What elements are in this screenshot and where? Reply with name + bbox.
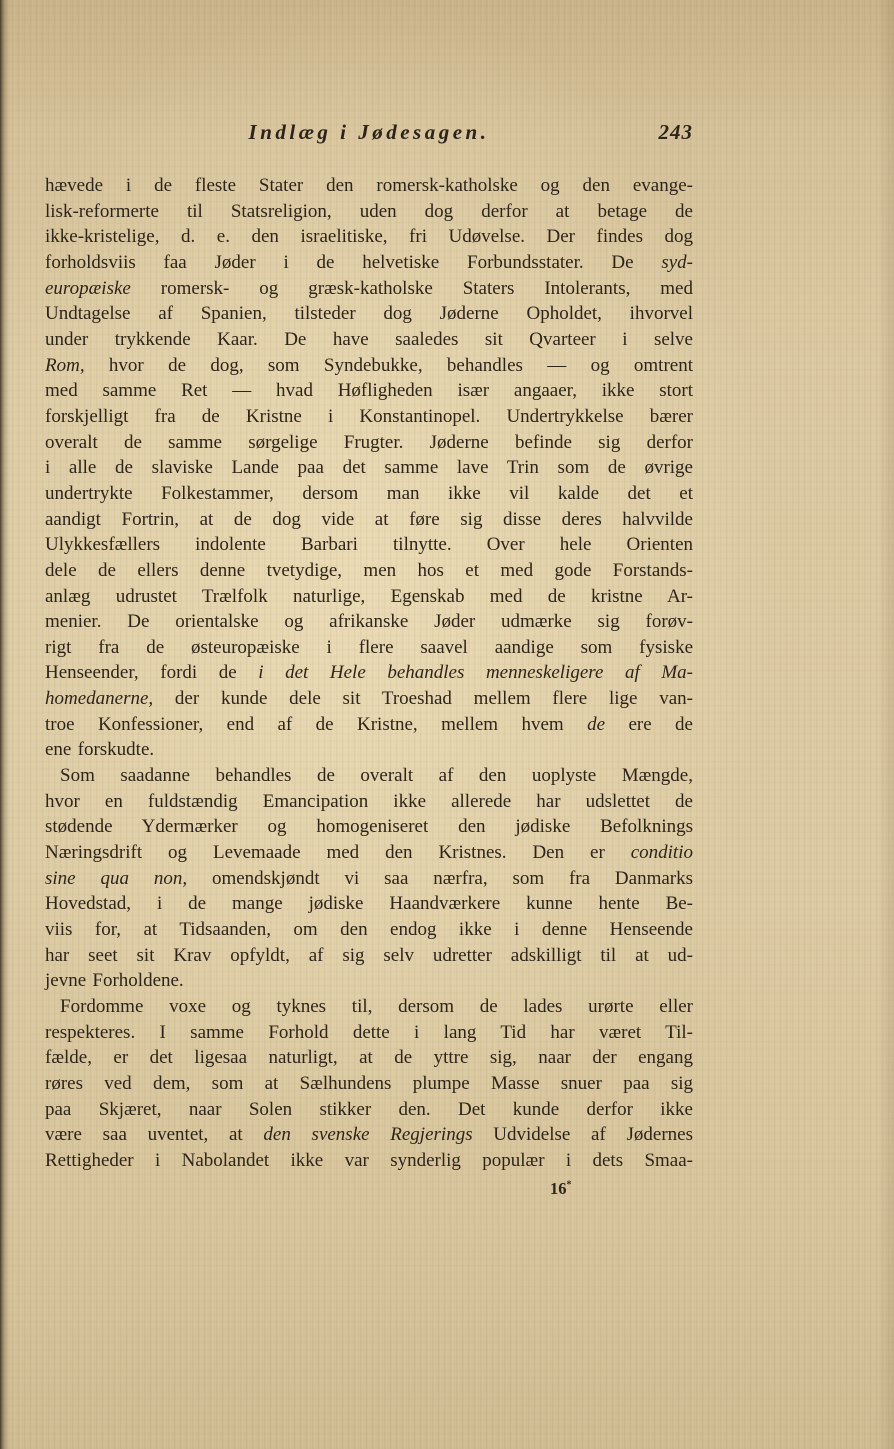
- italic-text-segment: conditio: [631, 842, 693, 863]
- text-segment: ere de: [605, 714, 693, 735]
- text-segment: romersk- og græsk-katholske Staters Into…: [131, 278, 693, 299]
- text-segment: rigt fra de østeuropæiske i flere saavel…: [45, 637, 693, 658]
- text-segment: anlæg udrustet Trælfolk naturlige, Egens…: [45, 586, 693, 607]
- signature-mark: 16*: [550, 1179, 693, 1199]
- scanned-book-page: Indlæg i Jødesagen. 243 hævede i de fles…: [0, 0, 894, 1449]
- text-segment: være saa uventet, at: [45, 1124, 263, 1145]
- text-line: røres ved dem, som at Sælhundens plumpe …: [45, 1071, 693, 1097]
- text-line: har seet sit Krav opfyldt, af sig selv u…: [45, 943, 693, 969]
- body-text: hævede i de fleste Stater den romersk-ka…: [45, 173, 693, 1174]
- text-segment: Rettigheder i Nabolandet ikke var synder…: [45, 1150, 693, 1171]
- text-line: forskjelligt fra de Kristne i Konstantin…: [45, 404, 693, 430]
- text-segment: hævede i de fleste Stater den romersk-ka…: [45, 175, 693, 196]
- text-line: i alle de slaviske Lande paa det samme l…: [45, 455, 693, 481]
- page-content: Indlæg i Jødesagen. 243 hævede i de fles…: [45, 120, 693, 1199]
- italic-text-segment: den svenske Regjerings: [263, 1124, 472, 1145]
- text-segment: Udvidelse af Jødernes: [473, 1124, 693, 1145]
- text-segment: i alle de slaviske Lande paa det samme l…: [45, 457, 693, 478]
- text-segment: undertrykte Folkestammer, dersom man ikk…: [45, 483, 693, 504]
- italic-text-segment: sine qua non,: [45, 868, 187, 889]
- text-segment: Henseender, fordi de: [45, 662, 258, 683]
- signature-number: 16: [550, 1179, 567, 1198]
- left-edge-shadow: [0, 0, 10, 1449]
- text-segment: stødende Ydermærker og homogeniseret den…: [45, 816, 693, 837]
- text-line: Rettigheder i Nabolandet ikke var synder…: [45, 1148, 693, 1174]
- italic-text-segment: homedanerne,: [45, 688, 153, 709]
- text-segment: paa Skjæret, naar Solen stikker den. Det…: [45, 1099, 693, 1120]
- text-line: europæiske romersk- og græsk-katholske S…: [45, 276, 693, 302]
- text-line: respekteres. I samme Forhold dette i lan…: [45, 1020, 693, 1046]
- text-segment: Ulykkesfællers indolente Barbari tilnytt…: [45, 534, 693, 555]
- running-title: Indlæg i Jødesagen.: [45, 120, 693, 145]
- text-segment: respekteres. I samme Forhold dette i lan…: [45, 1022, 693, 1043]
- text-segment: ene forskudte.: [45, 739, 154, 760]
- text-segment: røres ved dem, som at Sælhundens plumpe …: [45, 1073, 693, 1094]
- text-segment: aandigt Fortrin, at de dog vide at føre …: [45, 509, 693, 530]
- text-segment: hvor en fuldstændig Emancipation ikke al…: [45, 791, 693, 812]
- text-line: Henseender, fordi de i det Hele behandle…: [45, 660, 693, 686]
- text-segment: lisk-reformerte til Statsreligion, uden …: [45, 201, 693, 222]
- text-segment: har seet sit Krav opfyldt, af sig selv u…: [45, 945, 693, 966]
- text-line: troe Konfessioner, end af de Kristne, me…: [45, 712, 693, 738]
- text-line: ene forskudte.: [45, 737, 693, 763]
- text-segment: Fordomme voxe og tyknes til, dersom de l…: [60, 996, 693, 1017]
- right-edge-shade: [878, 0, 894, 1449]
- text-line: Ulykkesfællers indolente Barbari tilnytt…: [45, 532, 693, 558]
- text-segment: menier. De orientalske og afrikanske Jød…: [45, 611, 693, 632]
- text-segment: fælde, er det ligesaa naturligt, at de y…: [45, 1047, 693, 1068]
- italic-text-segment: i det Hele behandles menneskeligere af M…: [258, 662, 693, 683]
- text-line: være saa uventet, at den svenske Regjeri…: [45, 1122, 693, 1148]
- text-line: overalt de samme sørgelige Frugter. Jøde…: [45, 430, 693, 456]
- text-line: ikke-kristelige, d. e. den israelitiske,…: [45, 224, 693, 250]
- text-segment: dele de ellers denne tvetydige, men hos …: [45, 560, 693, 581]
- text-segment: ikke-kristelige, d. e. den israelitiske,…: [45, 226, 693, 247]
- text-line: undertrykte Folkestammer, dersom man ikk…: [45, 481, 693, 507]
- italic-text-segment: Rom,: [45, 355, 85, 376]
- text-line: stødende Ydermærker og homogeniseret den…: [45, 814, 693, 840]
- text-line: hvor en fuldstændig Emancipation ikke al…: [45, 789, 693, 815]
- text-segment: Næringsdrift og Levemaade med den Kristn…: [45, 842, 631, 863]
- italic-text-segment: europæiske: [45, 278, 131, 299]
- text-line: hævede i de fleste Stater den romersk-ka…: [45, 173, 693, 199]
- italic-text-segment: de: [587, 714, 605, 735]
- text-line: rigt fra de østeuropæiske i flere saavel…: [45, 635, 693, 661]
- text-line: homedanerne, der kunde dele sit Troeshad…: [45, 686, 693, 712]
- text-line: dele de ellers denne tvetydige, men hos …: [45, 558, 693, 584]
- text-segment: forskjelligt fra de Kristne i Konstantin…: [45, 406, 693, 427]
- text-line: lisk-reformerte til Statsreligion, uden …: [45, 199, 693, 225]
- text-line: Hovedstad, i de mange jødiske Haandværke…: [45, 891, 693, 917]
- text-line: Fordomme voxe og tyknes til, dersom de l…: [45, 994, 693, 1020]
- text-segment: jevne Forholdene.: [45, 970, 184, 991]
- italic-text-segment: syd-: [661, 252, 693, 273]
- text-line: anlæg udrustet Trælfolk naturlige, Egens…: [45, 584, 693, 610]
- text-segment: troe Konfessioner, end af de Kristne, me…: [45, 714, 587, 735]
- text-segment: forholdsviis faa Jøder i de helvetiske F…: [45, 252, 661, 273]
- text-segment: overalt de samme sørgelige Frugter. Jøde…: [45, 432, 693, 453]
- text-segment: Som saadanne behandles de overalt af den…: [60, 765, 693, 786]
- text-line: Næringsdrift og Levemaade med den Kristn…: [45, 840, 693, 866]
- text-segment: Undtagelse af Spanien, tilsteder dog Jød…: [45, 303, 693, 324]
- text-segment: omendskjøndt vi saa nærfra, som fra Danm…: [187, 868, 693, 889]
- text-line: med samme Ret — hvad Høfligheden især an…: [45, 378, 693, 404]
- page-header: Indlæg i Jødesagen. 243: [45, 120, 693, 152]
- text-line: viis for, at Tidsaanden, om den endog ik…: [45, 917, 693, 943]
- text-segment: med samme Ret — hvad Høfligheden især an…: [45, 380, 693, 401]
- text-line: under trykkende Kaar. De have saaledes s…: [45, 327, 693, 353]
- signature-asterisk: *: [567, 1179, 572, 1190]
- text-line: jevne Forholdene.: [45, 968, 693, 994]
- text-line: Rom, hvor de dog, som Syndebukke, behand…: [45, 353, 693, 379]
- text-segment: Hovedstad, i de mange jødiske Haandværke…: [45, 893, 693, 914]
- text-line: Undtagelse af Spanien, tilsteder dog Jød…: [45, 301, 693, 327]
- text-line: forholdsviis faa Jøder i de helvetiske F…: [45, 250, 693, 276]
- text-line: fælde, er det ligesaa naturligt, at de y…: [45, 1045, 693, 1071]
- text-line: aandigt Fortrin, at de dog vide at føre …: [45, 507, 693, 533]
- text-line: paa Skjæret, naar Solen stikker den. Det…: [45, 1097, 693, 1123]
- page-number: 243: [659, 120, 694, 145]
- text-line: menier. De orientalske og afrikanske Jød…: [45, 609, 693, 635]
- text-segment: viis for, at Tidsaanden, om den endog ik…: [45, 919, 693, 940]
- text-line: Som saadanne behandles de overalt af den…: [45, 763, 693, 789]
- text-line: sine qua non, omendskjøndt vi saa nærfra…: [45, 866, 693, 892]
- text-segment: der kunde dele sit Troeshad mellem flere…: [153, 688, 693, 709]
- text-segment: hvor de dog, som Syndebukke, behandles —…: [85, 355, 693, 376]
- text-segment: under trykkende Kaar. De have saaledes s…: [45, 329, 693, 350]
